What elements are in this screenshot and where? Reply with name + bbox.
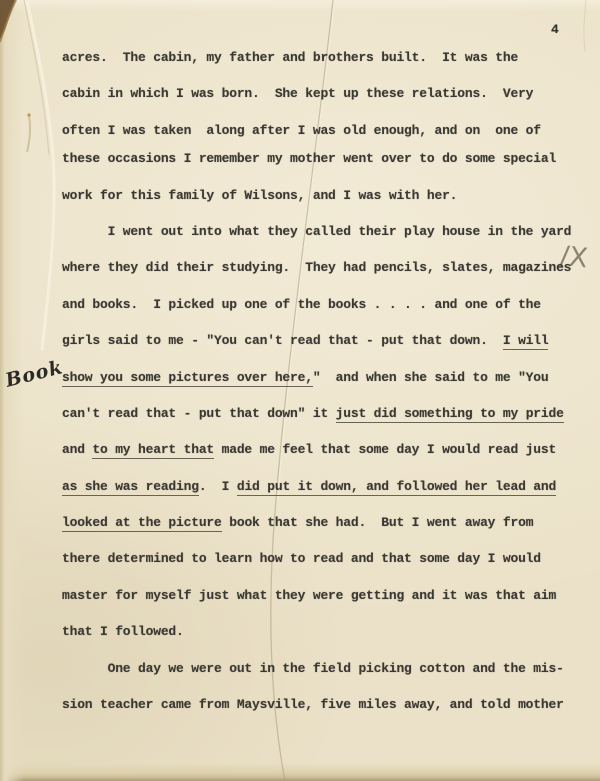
typed-line: can't read that - put that down" it just… — [62, 406, 578, 442]
typed-line: looked at the picture book that she had.… — [62, 515, 578, 551]
typed-line: where they did their studying. They had … — [62, 260, 578, 296]
typed-text: there determined to learn how to read an… — [62, 551, 541, 566]
typed-text: often I was taken along after I was old … — [62, 123, 541, 138]
typed-text: acres. The cabin, my father and brothers… — [62, 50, 518, 65]
typed-text: " and when she said to me "You — [313, 370, 549, 385]
typed-text: that I followed. — [62, 624, 184, 639]
typed-text: made me feel that some day I would read … — [214, 442, 556, 457]
typed-line: and books. I picked up one of the books … — [62, 297, 578, 333]
typed-line: as she was reading. I did put it down, a… — [62, 479, 578, 515]
typed-text: sion teacher came from Maysville, five m… — [62, 697, 564, 712]
underlined-text: I will — [503, 333, 549, 350]
underlined-text: show you some pictures over here, — [62, 370, 313, 387]
page-number: 4 — [551, 22, 559, 37]
typed-text: where they did their studying. They had … — [62, 260, 571, 275]
typed-line: work for this family of Wilsons, and I w… — [62, 188, 578, 224]
typed-text: One day we were out in the field picking… — [62, 661, 564, 676]
underlined-text: just did something to my pride — [336, 406, 564, 423]
typed-text: girls said to me - "You can't read that … — [62, 333, 503, 348]
typed-line: and to my heart that made me feel that s… — [62, 442, 578, 478]
typed-line: there determined to learn how to read an… — [62, 551, 578, 587]
typed-line: show you some pictures over here," and w… — [62, 370, 578, 406]
typed-text: and books. I picked up one of the books … — [62, 297, 541, 312]
typed-text: these occasions I remember my mother wen… — [62, 151, 556, 166]
typed-line: girls said to me - "You can't read that … — [62, 333, 578, 369]
typed-text: book that she had. But I went away from — [222, 515, 534, 530]
typed-text: and — [62, 442, 92, 457]
underlined-text: did put it down, and followed her lead a… — [237, 479, 556, 496]
handwritten-note-book: Book — [3, 356, 65, 392]
typed-text: work for this family of Wilsons, and I w… — [62, 188, 457, 203]
typed-text: . I — [199, 479, 237, 494]
scanned-page: 4 Book /X acres. The cabin, my father an… — [0, 0, 600, 781]
typed-line: I went out into what they called their p… — [62, 224, 578, 260]
typed-text: cabin in which I was born. She kept up t… — [62, 86, 533, 101]
underlined-text: as she was reading — [62, 479, 199, 496]
typed-line: master for myself just what they were ge… — [62, 588, 578, 624]
typed-text-block: acres. The cabin, my father and brothers… — [62, 50, 578, 733]
typed-line: that I followed. — [62, 624, 578, 660]
typed-line: cabin in which I was born. She kept up t… — [62, 86, 578, 122]
typed-line: these occasions I remember my mother wen… — [62, 151, 578, 187]
typed-text: master for myself just what they were ge… — [62, 588, 556, 603]
underlined-text: to my heart that — [92, 442, 214, 459]
typed-text: I went out into what they called their p… — [62, 224, 571, 239]
underlined-text: looked at the picture — [62, 515, 222, 532]
typed-line: acres. The cabin, my father and brothers… — [62, 50, 578, 86]
typed-line: sion teacher came from Maysville, five m… — [62, 697, 578, 733]
typed-text: can't read that - put that down" it — [62, 406, 336, 421]
typed-line: One day we were out in the field picking… — [62, 661, 578, 697]
